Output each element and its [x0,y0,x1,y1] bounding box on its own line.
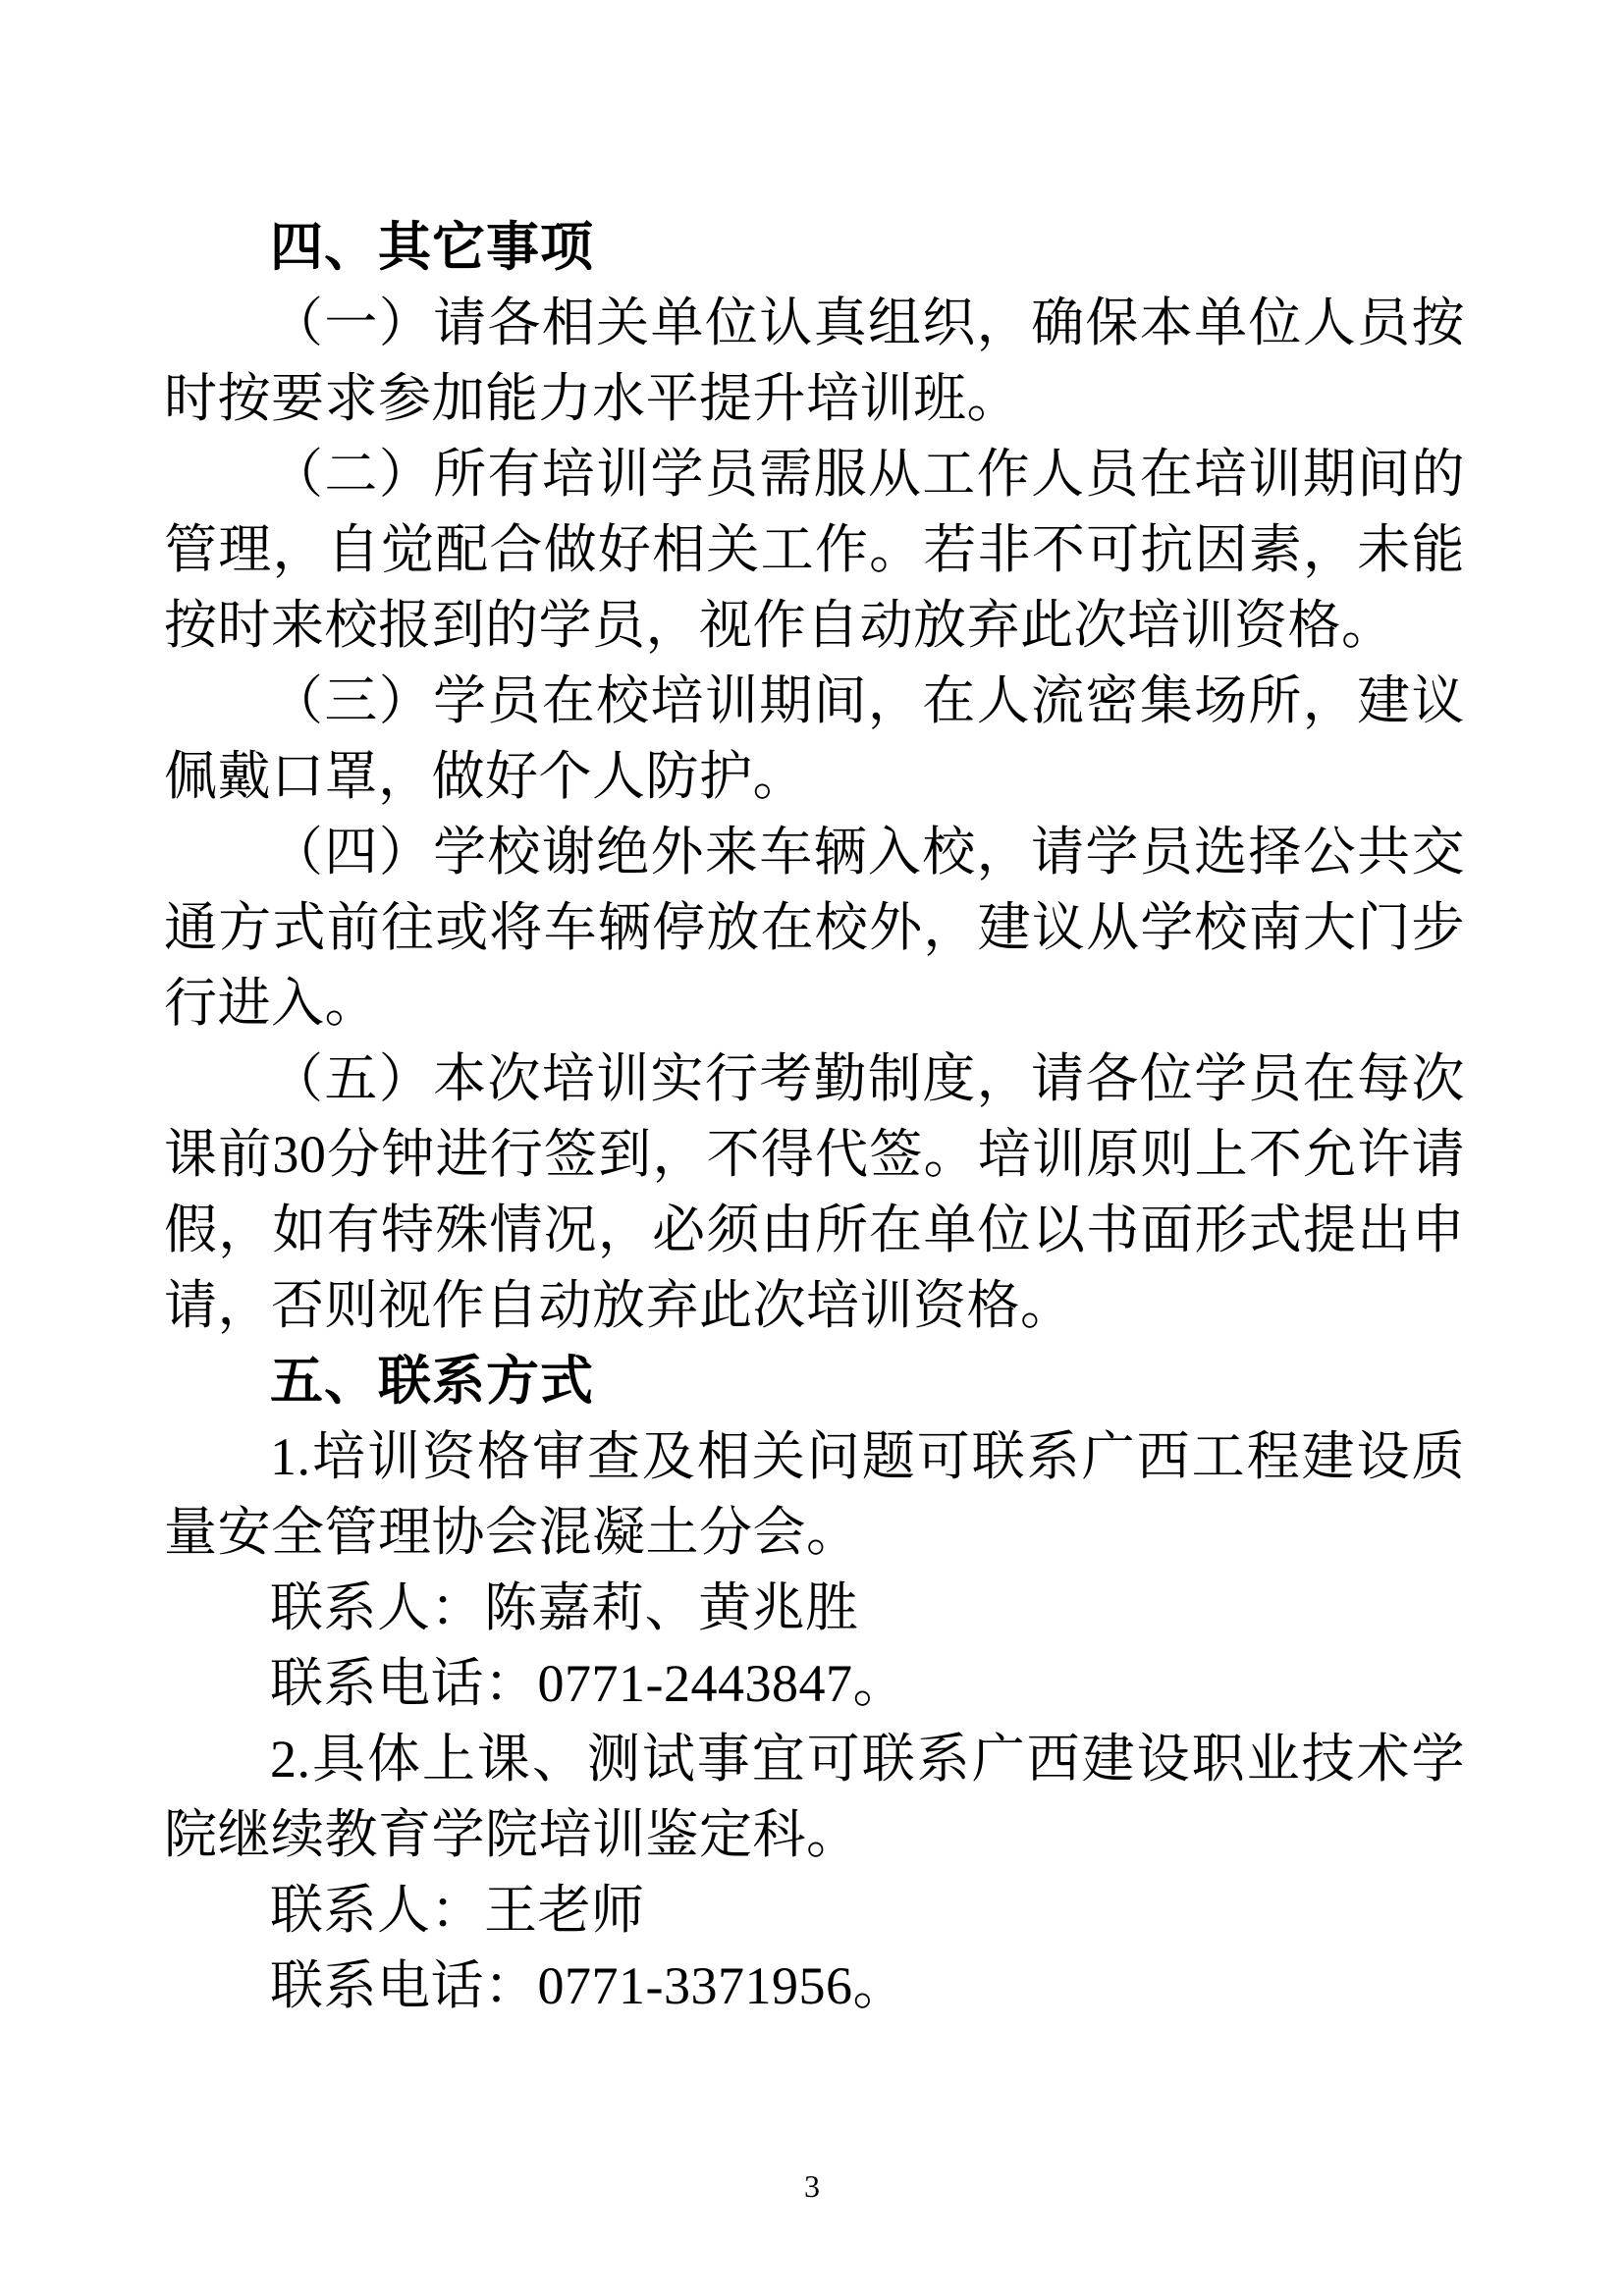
paragraph-other-matters-5: （五）本次培训实行考勤制度，请各位学员在每次课前30分钟进行签到，不得代签。培训… [164,1041,1465,1344]
paragraph-other-matters-3: （三）学员在校培训期间，在人流密集场所，建议佩戴口罩，做好个人防护。 [164,664,1465,815]
paragraph-contact-association: 1.培训资格审查及相关问题可联系广西工程建设质量安全管理协会混凝土分会。 [164,1419,1465,1571]
paragraph-other-matters-4: （四）学校谢绝外来车辆入校，请学员选择公共交通方式前往或将车辆停放在校外，建议从… [164,815,1465,1041]
paragraph-other-matters-2: （二）所有培训学员需服从工作人员在培训期间的管理，自觉配合做好相关工作。若非不可… [164,437,1465,664]
document-page: 四、其它事项 （一）请各相关单位认真组织，确保本单位人员按时按要求参加能力水平提… [0,0,1624,2296]
paragraph-contact-person-2: 联系人：王老师 [164,1873,1465,1949]
paragraph-other-matters-1: （一）请各相关单位认真组织，确保本单位人员按时按要求参加能力水平提升培训班。 [164,286,1465,437]
page-number: 3 [0,2170,1624,2202]
paragraph-contact-phone-2: 联系电话：0771-3371956。 [164,1949,1465,2024]
document-content: 四、其它事项 （一）请各相关单位认真组织，确保本单位人员按时按要求参加能力水平提… [164,210,1465,2024]
section-heading-other-matters: 四、其它事项 [164,210,1465,286]
paragraph-contact-phone-1: 联系电话：0771-2443847。 [164,1646,1465,1722]
paragraph-contact-person-1: 联系人：陈嘉莉、黄兆胜 [164,1571,1465,1646]
section-heading-contact: 五、联系方式 [164,1344,1465,1419]
paragraph-contact-college: 2.具体上课、测试事宜可联系广西建设职业技术学院继续教育学院培训鉴定科。 [164,1722,1465,1873]
